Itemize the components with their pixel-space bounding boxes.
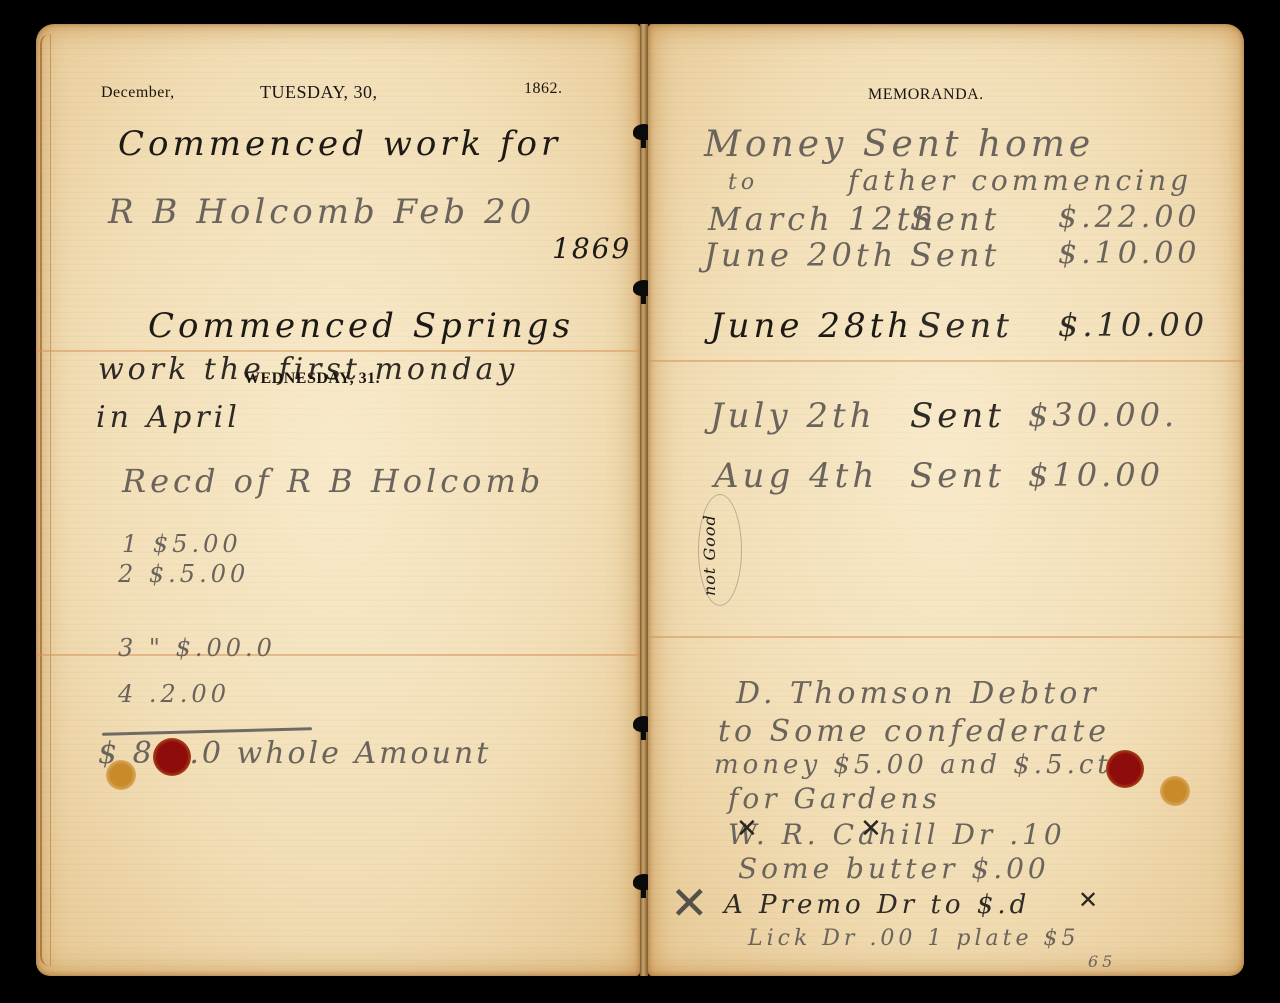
- entry-text: Sent: [910, 236, 1000, 274]
- cross-mark-icon: ✕: [736, 814, 758, 844]
- entry-amount: $10.00: [1028, 456, 1164, 494]
- debtor-line: for Gardens: [728, 782, 941, 815]
- cross-mark-icon: ✕: [860, 814, 882, 844]
- entry-date: March 12th: [708, 200, 938, 238]
- header-day: TUESDAY, 30,: [260, 82, 378, 103]
- payment-line: 1 $5.00: [122, 530, 242, 558]
- header-year: 1862.: [524, 80, 563, 98]
- entry-text: Sent: [910, 200, 1000, 238]
- debtor-line: 65: [1088, 952, 1116, 971]
- entry-date: July 2th: [710, 396, 876, 436]
- second-header-day: WEDNESDAY, 31.: [244, 370, 380, 388]
- handwritten-line: in April: [96, 400, 241, 435]
- handwritten-line: Recd of R B Holcomb: [122, 462, 544, 500]
- header-month: December,: [101, 84, 175, 102]
- right-page: MEMORANDA. Money Sent home to father com…: [648, 24, 1244, 976]
- payment-line: 2 $.5.00: [118, 560, 249, 588]
- entry-date: Aug 4th: [714, 456, 878, 496]
- handwritten-line: Commenced work for: [118, 124, 561, 164]
- sum-underline: [102, 727, 312, 735]
- handwritten-line: Commenced Springs: [148, 306, 574, 346]
- entry-amount: $.10.00: [1058, 236, 1201, 271]
- handwritten-title: Money Sent home: [704, 124, 1094, 165]
- wax-stain: [153, 738, 191, 776]
- cross-mark-icon: ✕: [1078, 886, 1098, 914]
- entry-text: Sent: [918, 306, 1013, 346]
- page-rule: [648, 636, 1244, 638]
- debtor-line: W. R. Cahill Dr .10: [728, 818, 1066, 851]
- debtor-line: D. Thomson Debtor: [736, 676, 1100, 711]
- margin-note: not Good: [700, 514, 719, 596]
- entry-text: Sent: [910, 456, 1005, 496]
- debtor-line: to Some confederate: [718, 714, 1110, 749]
- entry-date: June 28th: [710, 306, 913, 346]
- entry-text: Sent: [910, 396, 1005, 436]
- book-gutter: [640, 24, 648, 976]
- entry-amount: $.10.00: [1058, 306, 1208, 344]
- diary-book: December, TUESDAY, 30, 1862. Commenced w…: [0, 0, 1280, 1003]
- payment-line: 3 " $.00.0: [118, 634, 276, 662]
- amber-stain: [1160, 776, 1190, 806]
- memoranda-header: MEMORANDA.: [868, 86, 984, 104]
- page-rule: [648, 360, 1244, 362]
- wax-stain: [1106, 750, 1144, 788]
- entry-amount: $.22.00: [1058, 200, 1201, 235]
- handwritten-title: father commencing: [848, 164, 1192, 197]
- debtor-line: Lick Dr .00 1 plate $5: [748, 926, 1080, 951]
- handwritten-line: R B Holcomb Feb 20: [108, 192, 535, 232]
- payment-line: 4 .2.00: [118, 680, 230, 708]
- debtor-line: A Premo Dr to $.d: [724, 890, 1030, 920]
- cross-mark-icon: ✕: [670, 876, 709, 930]
- handwritten-year: 1869: [552, 232, 631, 265]
- debtor-line: Some butter $.00: [738, 852, 1050, 885]
- entry-amount: $30.00.: [1028, 396, 1178, 434]
- left-page: December, TUESDAY, 30, 1862. Commenced w…: [36, 24, 640, 976]
- handwritten-to: to: [728, 170, 758, 195]
- entry-date: June 20th: [704, 236, 897, 274]
- debtor-line: money $5.00 and $.5.ct: [714, 750, 1112, 780]
- amber-stain: [106, 760, 136, 790]
